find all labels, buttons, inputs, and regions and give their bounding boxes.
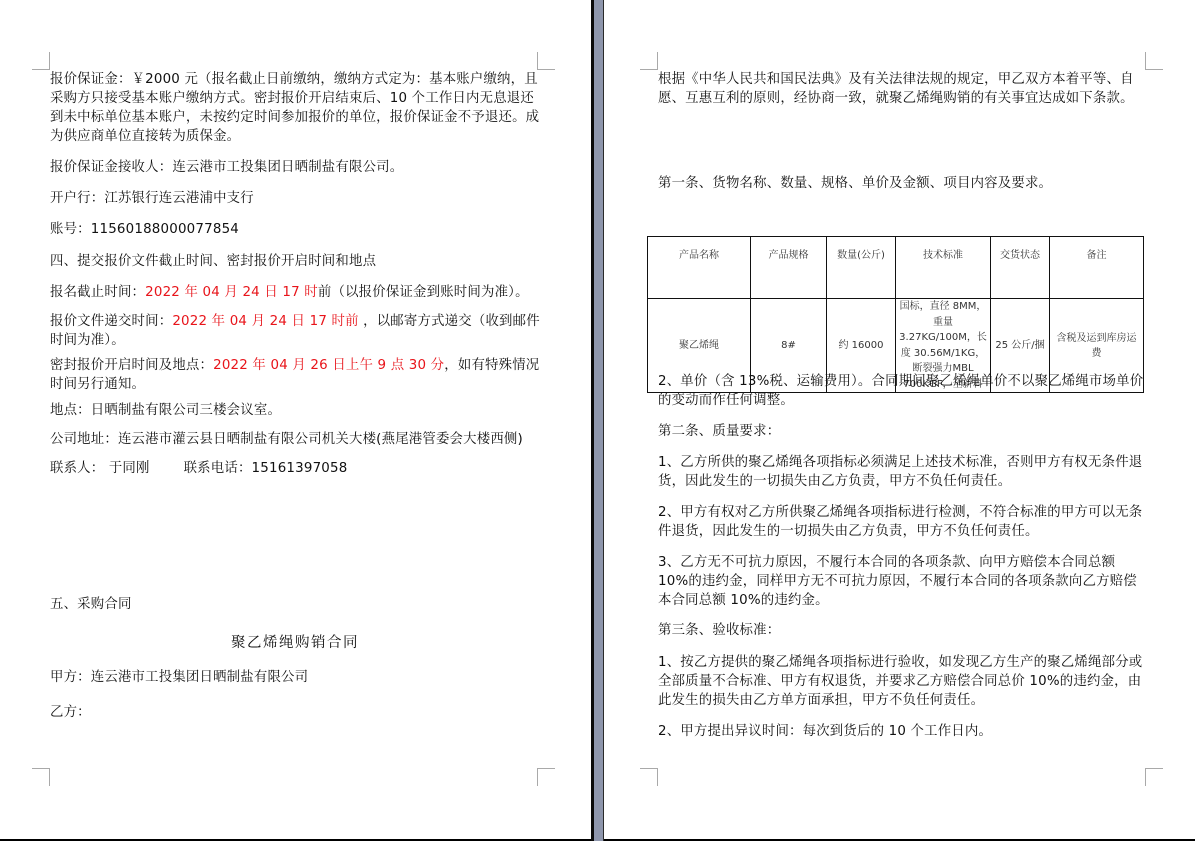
bank-paragraph: 开户行：江苏银行连云港浦中支行 xyxy=(50,189,540,208)
signup-deadline-label: 报名截止时间： xyxy=(50,285,145,300)
margin-corner-mark xyxy=(537,52,555,70)
article3-item1: 1、按乙方提供的聚乙烯绳各项指标进行验收，如发现乙方生产的聚乙烯绳部分或全部质量… xyxy=(658,653,1148,710)
article3-item2: 2、甲方提出异议时间：每次到货后的 10 个工作日内。 xyxy=(658,722,1148,741)
receiver-paragraph: 报价保证金接收人：连云港市工投集团日晒制盐有限公司。 xyxy=(50,158,540,177)
article2-item2: 2、甲方有权对乙方所供聚乙烯绳各项指标进行检测，不符合标准的甲方可以无条件退货，… xyxy=(658,503,1148,541)
party-b-paragraph: 乙方： xyxy=(50,703,540,722)
header-product-name: 产品名称 xyxy=(648,237,751,299)
page-gap xyxy=(594,0,603,841)
header-delivery-state: 交货状态 xyxy=(991,237,1050,299)
address-paragraph: 公司地址：连云港市灌云县日晒制盐有限公司机关大楼(燕尾港管委会大楼西侧) xyxy=(50,430,550,449)
header-quantity: 数量(公斤) xyxy=(827,237,896,299)
submit-deadline-label: 报价文件递交时间： xyxy=(50,314,172,329)
margin-corner-mark xyxy=(640,52,658,70)
table-header-row: 产品名称 产品规格 数量(公斤) 技术标准 交货状态 备注 xyxy=(648,237,1144,299)
margin-corner-mark xyxy=(1145,52,1163,70)
article2-heading: 第二条、质量要求： xyxy=(658,422,1148,441)
margin-corner-mark xyxy=(32,52,50,70)
margin-corner-mark xyxy=(640,768,658,786)
contact-phone: 联系电话：15161397058 xyxy=(184,461,348,476)
header-tech-standard: 技术标准 xyxy=(896,237,991,299)
deposit-paragraph: 报价保证金：￥2000 元（报名截止日前缴纳，缴纳方式定为：基本账户缴纳，且采购… xyxy=(50,70,540,146)
article2-item1: 1、乙方所供的聚乙烯绳各项指标必须满足上述技术标准，否则甲方有权无条件退货，因此… xyxy=(658,453,1148,491)
opening-time-paragraph: 密封报价开启时间及地点：2022 年 04 月 26 日上午 9 点 30 分，… xyxy=(50,356,540,394)
opening-value: 2022 年 04 月 26 日上午 9 点 30 分 xyxy=(213,358,444,373)
header-remarks: 备注 xyxy=(1050,237,1144,299)
location-paragraph: 地点：日晒制盐有限公司三楼会议室。 xyxy=(50,401,540,420)
party-a-paragraph: 甲方：连云港市工投集团日晒制盐有限公司 xyxy=(50,668,540,687)
signup-deadline-suffix: 前（以报价保证金到账时间为准）。 xyxy=(318,285,529,300)
margin-corner-mark xyxy=(1145,768,1163,786)
intro-paragraph: 根据《中华人民共和国民法典》及有关法律法规的规定，甲乙双方本着平等、自愿、互惠互… xyxy=(658,70,1148,108)
submit-deadline-paragraph: 报价文件递交时间：2022 年 04 月 24 日 17 时前 ，以邮寄方式递交… xyxy=(50,312,540,350)
article3-heading: 第三条、验收标准： xyxy=(658,621,1148,640)
header-product-spec: 产品规格 xyxy=(751,237,827,299)
account-paragraph: 账号：11560188000077854 xyxy=(50,220,540,239)
document-page-left: 报价保证金：￥2000 元（报名截止日前缴纳，缴纳方式定为：基本账户缴纳，且采购… xyxy=(0,0,591,841)
contact-paragraph: 联系人： 于同刚联系电话：15161397058 xyxy=(50,459,540,478)
article1-heading: 第一条、货物名称、数量、规格、单价及金额、项目内容及要求。 xyxy=(658,174,1148,193)
signup-deadline-paragraph: 报名截止时间：2022 年 04 月 24 日 17 时前（以报价保证金到账时间… xyxy=(50,283,540,302)
unit-price-paragraph: 2、单价（含 13%税、运输费用）。合同期间聚乙烯绳单价不以聚乙烯绳市场单价的变… xyxy=(658,372,1148,410)
spec-table: 产品名称 产品规格 数量(公斤) 技术标准 交货状态 备注 聚乙烯绳 8# 约 … xyxy=(647,236,1144,393)
section5-heading: 五、采购合同 xyxy=(50,595,540,614)
submit-deadline-value: 2022 年 04 月 24 日 17 时前 xyxy=(172,314,358,329)
opening-label: 密封报价开启时间及地点： xyxy=(50,358,213,373)
signup-deadline-value: 2022 年 04 月 24 日 17 时 xyxy=(145,285,318,300)
article2-item3: 3、乙方无不可抗力原因，不履行本合同的各项条款、向甲方赔偿本合同总额 10%的违… xyxy=(658,553,1148,610)
margin-corner-mark xyxy=(537,768,555,786)
contact-person: 联系人： 于同刚 xyxy=(50,461,150,476)
contract-title: 聚乙烯绳购销合同 xyxy=(50,631,540,652)
margin-corner-mark xyxy=(32,768,50,786)
section4-heading: 四、提交报价文件截止时间、密封报价开启时间和地点 xyxy=(50,252,540,271)
document-page-right xyxy=(604,0,1195,841)
